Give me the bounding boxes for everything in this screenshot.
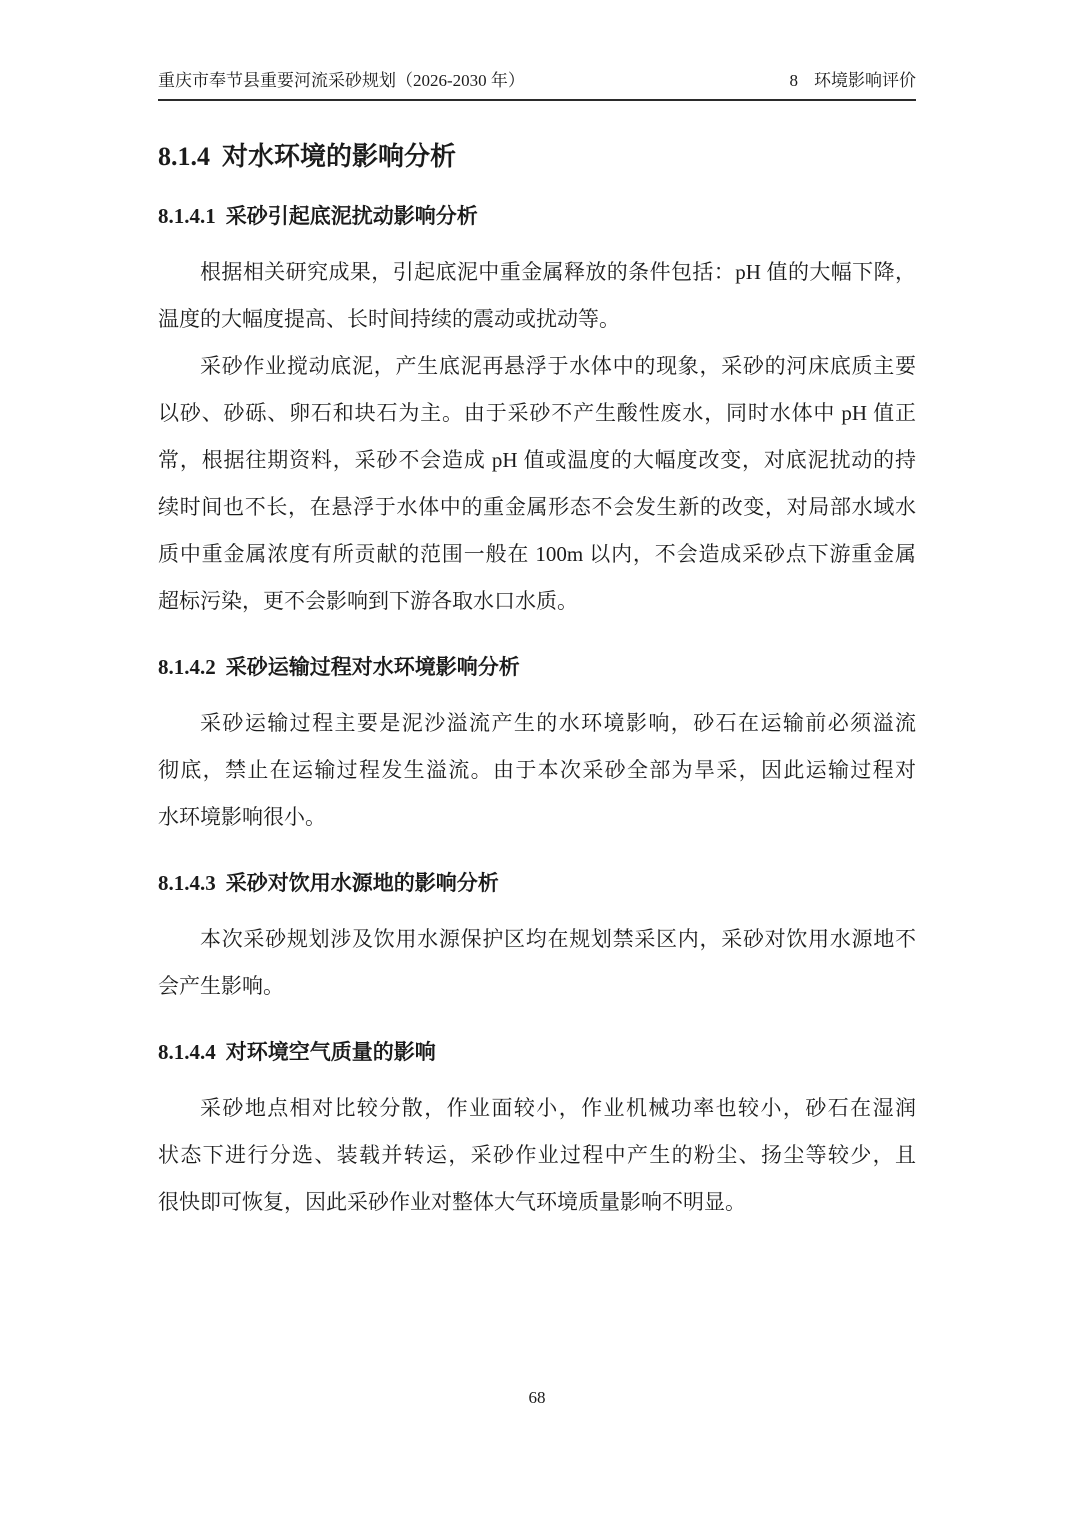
text-line: 采砂作业搅动底泥，产生底泥再悬浮于水体中的现象，采砂的河床底质主要 (158, 343, 916, 390)
subsection-8-1-4-4: 8.1.4.4对环境空气质量的影响 采砂地点相对比较分散，作业面较小，作业机械功… (158, 1038, 916, 1226)
text-line: 常，根据往期资料，采砂不会造成 pH 值或温度的大幅度改变，对底泥扰动的持 (158, 437, 916, 484)
text-line: 采砂运输过程主要是泥沙溢流产生的水环境影响，砂石在运输前必须溢流 (158, 700, 916, 747)
subsection-heading: 8.1.4.1采砂引起底泥扰动影响分析 (158, 202, 916, 231)
header-running-title: 重庆市奉节县重要河流采砂规划（2026-2030 年） (158, 70, 525, 92)
text-line: 采砂地点相对比较分散，作业面较小，作业机械功率也较小，砂石在湿润 (158, 1085, 916, 1132)
paragraph: 采砂运输过程主要是泥沙溢流产生的水环境影响，砂石在运输前必须溢流 彻底，禁止在运… (158, 700, 916, 841)
section-title-number: 8.1.4 (158, 142, 210, 171)
paragraph: 采砂作业搅动底泥，产生底泥再悬浮于水体中的现象，采砂的河床底质主要 以砂、砂砾、… (158, 343, 916, 625)
subsection-heading-text: 采砂引起底泥扰动影响分析 (226, 205, 478, 228)
page-footer: 68 (0, 1388, 1074, 1408)
subsection-heading: 8.1.4.3采砂对饮用水源地的影响分析 (158, 869, 916, 898)
page-number: 68 (529, 1388, 546, 1407)
subsection-heading-text: 采砂对饮用水源地的影响分析 (226, 872, 499, 895)
subsection-heading: 8.1.4.2采砂运输过程对水环境影响分析 (158, 653, 916, 682)
text-line: 状态下进行分选、装载并转运，采砂作业过程中产生的粉尘、扬尘等较少，且 (158, 1132, 916, 1179)
document-page: 重庆市奉节县重要河流采砂规划（2026-2030 年） 8 环境影响评价 8.1… (0, 0, 1074, 1520)
page-header: 重庆市奉节县重要河流采砂规划（2026-2030 年） 8 环境影响评价 (158, 0, 916, 101)
subsection-heading-number: 8.1.4.2 (158, 655, 216, 679)
header-chapter-title: 环境影响评价 (814, 70, 916, 92)
text-line: 质中重金属浓度有所贡献的范围一般在 100m 以内，不会造成采砂点下游重金属 (158, 531, 916, 578)
section-title: 8.1.4对水环境的影响分析 (158, 139, 916, 174)
subsection-heading-text: 采砂运输过程对水环境影响分析 (226, 656, 520, 679)
subsection-8-1-4-3: 8.1.4.3采砂对饮用水源地的影响分析 本次采砂规划涉及饮用水源保护区均在规划… (158, 869, 916, 1010)
text-line: 续时间也不长，在悬浮于水体中的重金属形态不会发生新的改变，对局部水域水 (158, 484, 916, 531)
text-line: 根据相关研究成果，引起底泥中重金属释放的条件包括：pH 值的大幅下降， (158, 249, 916, 296)
text-line: 温度的大幅度提高、长时间持续的震动或扰动等。 (158, 296, 916, 343)
text-line: 本次采砂规划涉及饮用水源保护区均在规划禁采区内，采砂对饮用水源地不 (158, 916, 916, 963)
text-line: 会产生影响。 (158, 963, 916, 1010)
subsection-8-1-4-1: 8.1.4.1采砂引起底泥扰动影响分析 根据相关研究成果，引起底泥中重金属释放的… (158, 202, 916, 625)
header-chapter: 8 环境影响评价 (790, 70, 917, 92)
subsection-heading-number: 8.1.4.3 (158, 871, 216, 895)
subsection-heading-number: 8.1.4.1 (158, 204, 216, 228)
paragraph: 根据相关研究成果，引起底泥中重金属释放的条件包括：pH 值的大幅下降， 温度的大… (158, 249, 916, 343)
header-chapter-number: 8 (790, 70, 799, 92)
subsection-heading-number: 8.1.4.4 (158, 1040, 216, 1064)
section-title-text: 对水环境的影响分析 (222, 141, 456, 171)
subsection-heading-text: 对环境空气质量的影响 (226, 1041, 436, 1064)
subsection-heading: 8.1.4.4对环境空气质量的影响 (158, 1038, 916, 1067)
text-line: 超标污染，更不会影响到下游各取水口水质。 (158, 578, 916, 625)
text-line: 彻底，禁止在运输过程发生溢流。由于本次采砂全部为旱采，因此运输过程对 (158, 747, 916, 794)
paragraph: 采砂地点相对比较分散，作业面较小，作业机械功率也较小，砂石在湿润 状态下进行分选… (158, 1085, 916, 1226)
text-line: 水环境影响很小。 (158, 794, 916, 841)
paragraph: 本次采砂规划涉及饮用水源保护区均在规划禁采区内，采砂对饮用水源地不 会产生影响。 (158, 916, 916, 1010)
text-line: 以砂、砂砾、卵石和块石为主。由于采砂不产生酸性废水，同时水体中 pH 值正 (158, 390, 916, 437)
subsection-8-1-4-2: 8.1.4.2采砂运输过程对水环境影响分析 采砂运输过程主要是泥沙溢流产生的水环… (158, 653, 916, 841)
text-line: 很快即可恢复，因此采砂作业对整体大气环境质量影响不明显。 (158, 1179, 916, 1226)
